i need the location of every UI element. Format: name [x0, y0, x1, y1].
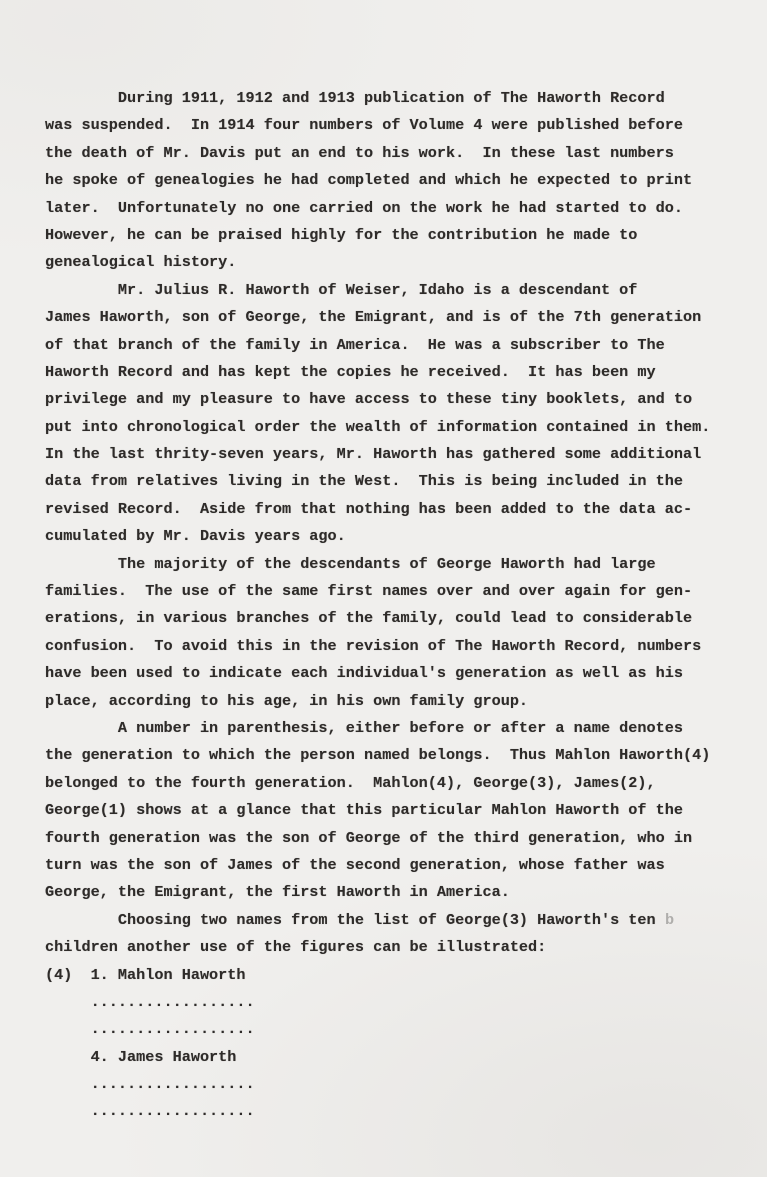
typewritten-line: In the last thrity-seven years, Mr. Hawo… [45, 441, 745, 468]
typewritten-line: .................. [45, 1016, 745, 1043]
typewritten-line: put into chronological order the wealth … [45, 414, 745, 441]
typewritten-line: George, the Emigrant, the first Haworth … [45, 879, 745, 906]
typewritten-line: data from relatives living in the West. … [45, 468, 745, 495]
typewritten-page: During 1911, 1912 and 1913 publication o… [0, 0, 767, 1177]
typewritten-line: he spoke of genealogies he had completed… [45, 167, 745, 194]
typewritten-line: cumulated by Mr. Davis years ago. [45, 523, 745, 550]
typewritten-line: children another use of the figures can … [45, 934, 745, 961]
typewritten-line: genealogical history. [45, 249, 745, 276]
typewritten-line: the generation to which the person named… [45, 742, 745, 769]
typewritten-line: (4) 1. Mahlon Haworth [45, 962, 745, 989]
typewritten-line: During 1911, 1912 and 1913 publication o… [45, 85, 745, 112]
typewritten-line: Mr. Julius R. Haworth of Weiser, Idaho i… [45, 277, 745, 304]
typewritten-line: belonged to the fourth generation. Mahlo… [45, 770, 745, 797]
typewritten-line: was suspended. In 1914 four numbers of V… [45, 112, 745, 139]
typewritten-line: revised Record. Aside from that nothing … [45, 496, 745, 523]
typewritten-line: fourth generation was the son of George … [45, 825, 745, 852]
typewritten-line: The majority of the descendants of Georg… [45, 551, 745, 578]
typewritten-line: George(1) shows at a glance that this pa… [45, 797, 745, 824]
typewritten-line: A number in parenthesis, either before o… [45, 715, 745, 742]
typewritten-line: later. Unfortunately no one carried on t… [45, 195, 745, 222]
typewritten-line: have been used to indicate each individu… [45, 660, 745, 687]
typewritten-line: place, according to his age, in his own … [45, 688, 745, 715]
typewritten-line: Choosing two names from the list of Geor… [45, 907, 745, 934]
typewritten-line: .................. [45, 1071, 745, 1098]
typewritten-line: privilege and my pleasure to have access… [45, 386, 745, 413]
faint-ghost-character: b [665, 907, 674, 934]
typewritten-line: of that branch of the family in America.… [45, 332, 745, 359]
typewritten-text-block: During 1911, 1912 and 1913 publication o… [45, 85, 745, 1126]
typewritten-line: erations, in various branches of the fam… [45, 605, 745, 632]
typewritten-line: .................. [45, 1098, 745, 1125]
typewritten-line: James Haworth, son of George, the Emigra… [45, 304, 745, 331]
typewritten-line: However, he can be praised highly for th… [45, 222, 745, 249]
typewritten-line: Haworth Record and has kept the copies h… [45, 359, 745, 386]
typewritten-line: families. The use of the same first name… [45, 578, 745, 605]
typewritten-line: the death of Mr. Davis put an end to his… [45, 140, 745, 167]
typewritten-line: 4. James Haworth [45, 1044, 745, 1071]
typewritten-line: .................. [45, 989, 745, 1016]
typewritten-line: turn was the son of James of the second … [45, 852, 745, 879]
typewritten-line: confusion. To avoid this in the revision… [45, 633, 745, 660]
